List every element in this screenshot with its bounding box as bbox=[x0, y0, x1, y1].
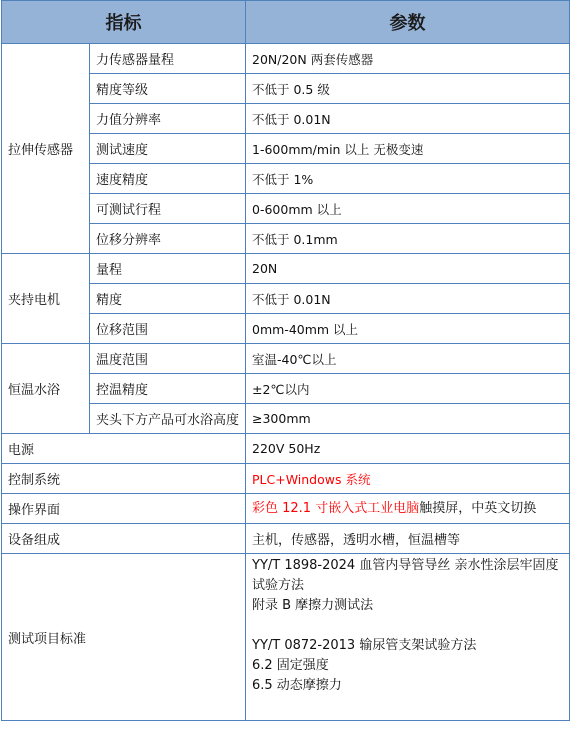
row-value: 不低于 1% bbox=[246, 164, 570, 194]
row-name: 可测试行程 bbox=[90, 194, 246, 224]
table-row: 控制系统 PLC+Windows 系统 bbox=[2, 464, 570, 494]
row-name: 精度等级 bbox=[90, 74, 246, 104]
spec-table: 指标 参数 拉伸传感器 力传感器量程 20N/20N 两套传感器 精度等级 不低… bbox=[1, 0, 570, 721]
group-label-clamp-motor: 夹持电机 bbox=[2, 254, 90, 344]
row-name-power: 电源 bbox=[2, 434, 246, 464]
row-name: 测试速度 bbox=[90, 134, 246, 164]
standard-line: YY/T 0872-2013 输尿管支架试验方法 bbox=[252, 636, 563, 656]
row-value: 不低于 0.01N bbox=[246, 104, 570, 134]
row-name-standards: 测试项目标准 bbox=[2, 554, 246, 721]
row-name: 温度范围 bbox=[90, 344, 246, 374]
row-name: 速度精度 bbox=[90, 164, 246, 194]
standard-line: 6.2 固定强度 bbox=[252, 656, 563, 676]
row-name-equipment: 设备组成 bbox=[2, 524, 246, 554]
standard-line-blank bbox=[252, 616, 563, 636]
row-value: ≥300mm bbox=[246, 404, 570, 434]
row-value-power: 220V 50Hz bbox=[246, 434, 570, 464]
group-label-tensile-sensor: 拉伸传感器 bbox=[2, 44, 90, 254]
table-row: 电源 220V 50Hz bbox=[2, 434, 570, 464]
row-value: 不低于 0.01N bbox=[246, 284, 570, 314]
header-parameter: 参数 bbox=[246, 1, 570, 44]
table-row: 设备组成 主机，传感器，透明水槽，恒温槽等 bbox=[2, 524, 570, 554]
standard-line: 附录 B 摩擦力测试法 bbox=[252, 596, 563, 616]
row-name: 位移范围 bbox=[90, 314, 246, 344]
row-name: 力值分辨率 bbox=[90, 104, 246, 134]
table-row: 拉伸传感器 力传感器量程 20N/20N 两套传感器 bbox=[2, 44, 570, 74]
row-name-control-system: 控制系统 bbox=[2, 464, 246, 494]
row-name: 量程 bbox=[90, 254, 246, 284]
row-value: 20N bbox=[246, 254, 570, 284]
row-name: 位移分辨率 bbox=[90, 224, 246, 254]
group-label-water-bath: 恒温水浴 bbox=[2, 344, 90, 434]
interface-rest: 触摸屏，中英文切换 bbox=[419, 501, 536, 516]
row-value-standards: YY/T 1898-2024 血管内导管导丝 亲水性涂层牢固度试验方法 附录 B… bbox=[246, 554, 570, 721]
table-row: 测试项目标准 YY/T 1898-2024 血管内导管导丝 亲水性涂层牢固度试验… bbox=[2, 554, 570, 721]
row-value: ±2℃以内 bbox=[246, 374, 570, 404]
standard-line: YY/T 1898-2024 血管内导管导丝 亲水性涂层牢固度试验方法 bbox=[252, 556, 563, 596]
row-value: 1-600mm/min 以上 无极变速 bbox=[246, 134, 570, 164]
row-value: 0-600mm 以上 bbox=[246, 194, 570, 224]
row-name: 力传感器量程 bbox=[90, 44, 246, 74]
row-value-interface: 彩色 12.1 寸嵌入式工业电脑触摸屏，中英文切换 bbox=[246, 494, 570, 524]
row-name: 控温精度 bbox=[90, 374, 246, 404]
row-name-interface: 操作界面 bbox=[2, 494, 246, 524]
interface-highlight: 彩色 12.1 寸嵌入式工业电脑 bbox=[252, 501, 419, 516]
row-value: 室温-40℃以上 bbox=[246, 344, 570, 374]
table-row: 操作界面 彩色 12.1 寸嵌入式工业电脑触摸屏，中英文切换 bbox=[2, 494, 570, 524]
row-value: 不低于 0.1mm bbox=[246, 224, 570, 254]
header-indicator: 指标 bbox=[2, 1, 246, 44]
row-value: 不低于 0.5 级 bbox=[246, 74, 570, 104]
row-name: 夹头下方产品可水浴高度 bbox=[90, 404, 246, 434]
row-value-equipment: 主机，传感器，透明水槽，恒温槽等 bbox=[246, 524, 570, 554]
row-value-control-system: PLC+Windows 系统 bbox=[246, 464, 570, 494]
row-value: 0mm-40mm 以上 bbox=[246, 314, 570, 344]
table-row: 恒温水浴 温度范围 室温-40℃以上 bbox=[2, 344, 570, 374]
header-row: 指标 参数 bbox=[2, 1, 570, 44]
row-value: 20N/20N 两套传感器 bbox=[246, 44, 570, 74]
standard-line: 6.5 动态摩擦力 bbox=[252, 676, 563, 696]
table-row: 夹持电机 量程 20N bbox=[2, 254, 570, 284]
row-name: 精度 bbox=[90, 284, 246, 314]
